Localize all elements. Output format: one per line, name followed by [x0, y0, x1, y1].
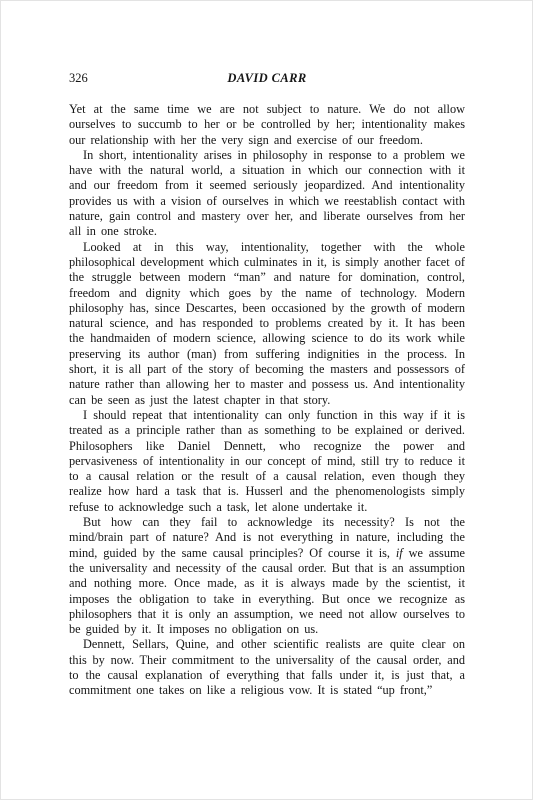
italic-word: if	[396, 546, 403, 560]
paragraph-continuation: Yet at the same time we are not subject …	[69, 102, 465, 148]
book-page: 326 DAVID CARR Yet at the same time we a…	[0, 0, 533, 800]
paragraph: Dennett, Sellars, Quine, and other scien…	[69, 637, 465, 698]
paragraph: In short, intentionality arises in philo…	[69, 148, 465, 240]
paragraph: I should repeat that intentionality can …	[69, 408, 465, 515]
running-head: DAVID CARR	[69, 71, 465, 86]
paragraph: But how can they fail to acknowledge its…	[69, 515, 465, 637]
paragraph: Looked at in this way, intentionality, t…	[69, 240, 465, 408]
page-body: Yet at the same time we are not subject …	[69, 102, 465, 699]
page-header: 326 DAVID CARR	[69, 71, 465, 87]
